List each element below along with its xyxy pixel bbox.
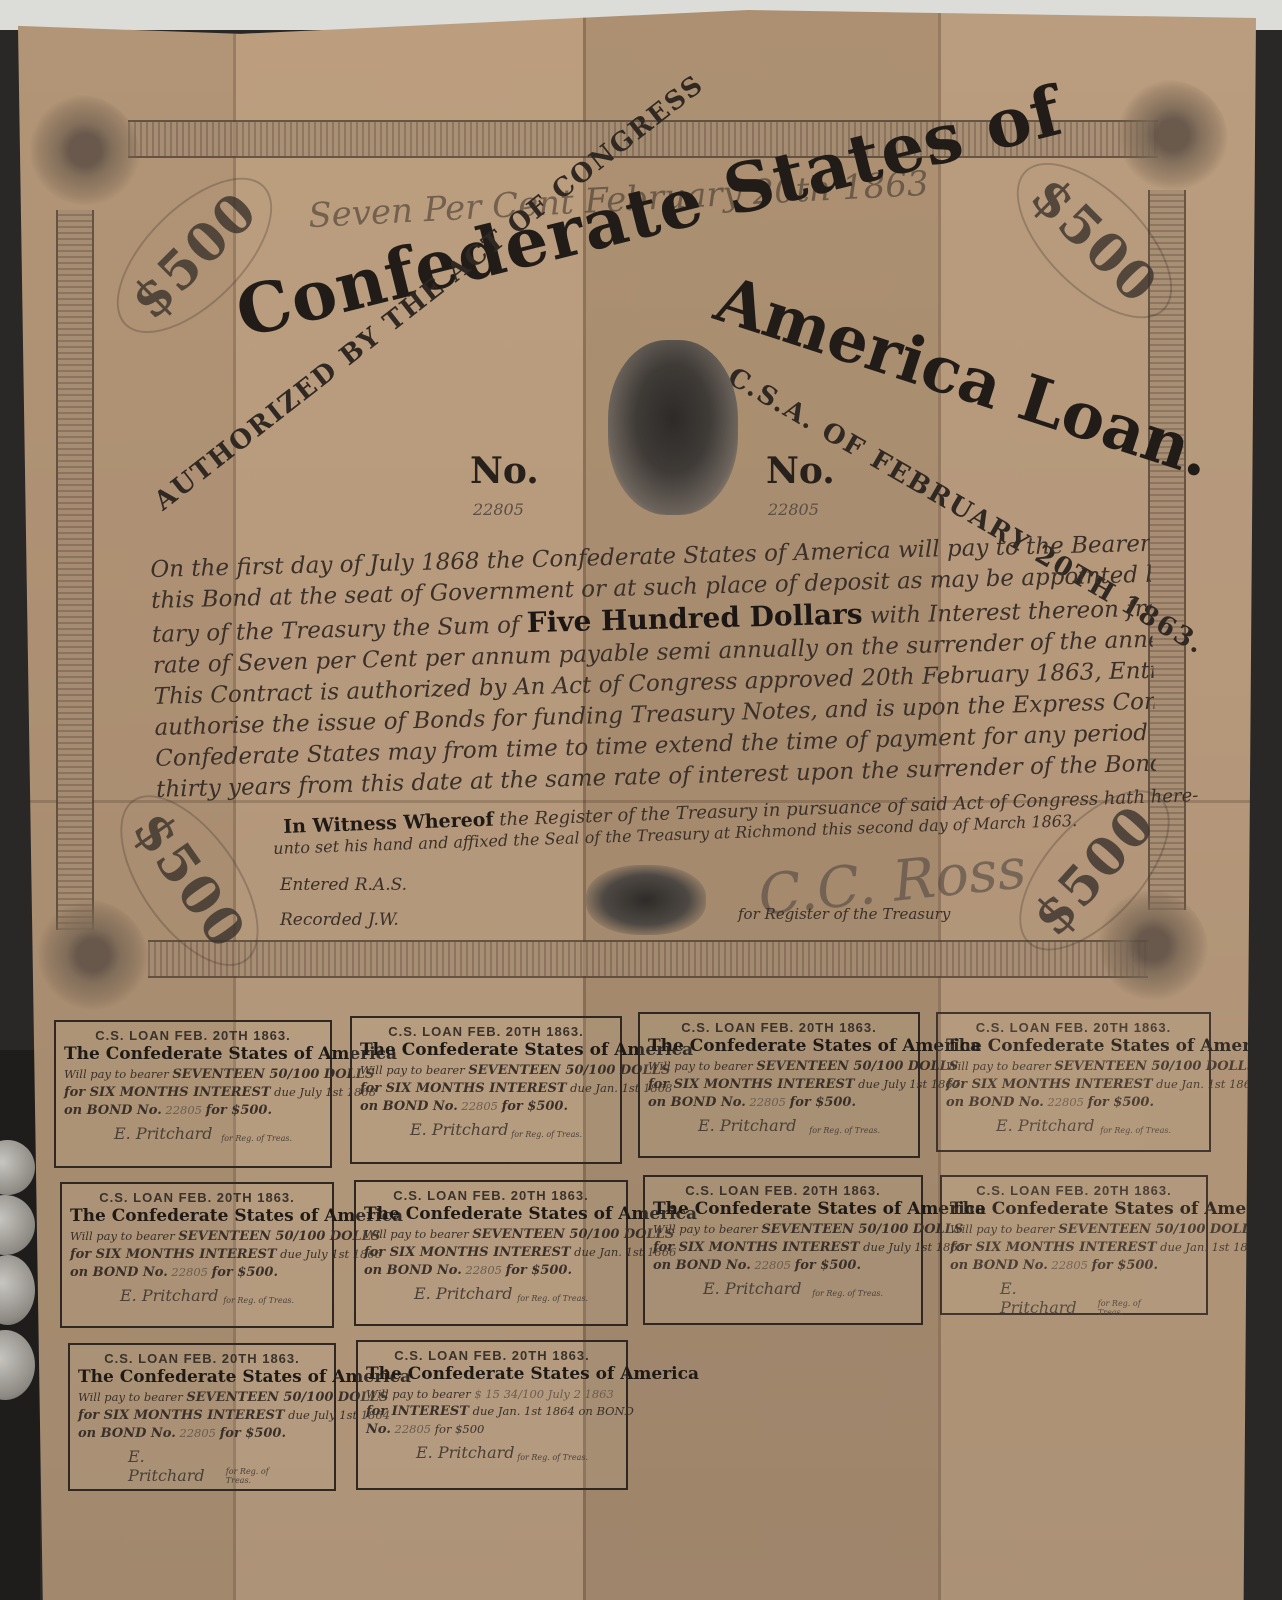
coupon-pay-line: Will pay to bearer $ 15 34/100 July 2 18… bbox=[366, 1387, 618, 1401]
coupon-bond-label: on BOND No. bbox=[64, 1103, 162, 1118]
coupon-signature: E. Pritchardfor Reg. of Treas. bbox=[360, 1120, 612, 1139]
portrait-vignette bbox=[608, 340, 738, 515]
coupon-bond-no: 22805 bbox=[1047, 1095, 1084, 1109]
coupon-amount: SEVENTEEN 50/100 DOLLS bbox=[172, 1067, 374, 1082]
number-value: 22805 bbox=[768, 500, 819, 519]
coupon-interest-line: for INTEREST due Jan. 1st 1864 on BOND bbox=[366, 1404, 618, 1419]
coupon-signer: E. Pritchard bbox=[414, 1284, 513, 1303]
coupon: C.S. LOAN FEB. 20TH 1863. The Confederat… bbox=[936, 1012, 1211, 1152]
coupon-bond-label: on BOND No. bbox=[70, 1265, 168, 1280]
coupon-interest: for SIX MONTHS INTEREST bbox=[360, 1081, 567, 1096]
coupon-signer: E. Pritchard bbox=[410, 1120, 509, 1139]
coupon-signer: E. Pritchard bbox=[703, 1279, 802, 1298]
coupon-head: C.S. LOAN FEB. 20TH 1863. bbox=[653, 1183, 913, 1198]
coupon-head: C.S. LOAN FEB. 20TH 1863. bbox=[950, 1183, 1198, 1198]
coupon-amount: SEVENTEEN 50/100 DOLLS bbox=[1058, 1222, 1260, 1237]
coupon-title: The Confederate States of America bbox=[70, 1206, 324, 1226]
coupon-pay: Will pay to bearer bbox=[70, 1229, 175, 1243]
coupon-bond-label: on BOND No. bbox=[946, 1095, 1044, 1110]
coupon: C.S. LOAN FEB. 20TH 1863. The Confederat… bbox=[643, 1175, 923, 1325]
coupon-title: The Confederate States of America bbox=[946, 1036, 1201, 1056]
coupon-bond-label: on BOND No. bbox=[360, 1099, 458, 1114]
coupon: C.S. LOAN FEB. 20TH 1863. The Confederat… bbox=[54, 1020, 332, 1168]
coupon-pay-line: Will pay to bearer SEVENTEEN 50/100 DOLL… bbox=[70, 1229, 324, 1244]
coupon-interest: for SIX MONTHS INTEREST bbox=[648, 1077, 855, 1092]
coupon-pay: Will pay to bearer bbox=[648, 1059, 753, 1073]
coupon-amount: SEVENTEEN 50/100 DOLLS bbox=[756, 1059, 958, 1074]
coupon-for: for $500. bbox=[790, 1095, 856, 1110]
coupon-interest: for INTEREST bbox=[366, 1404, 469, 1419]
coupon-due: due Jan. 1st 1864 on BOND bbox=[473, 1404, 634, 1418]
register-label: for Register of the Treasury bbox=[738, 905, 950, 923]
coupon: C.S. LOAN FEB. 20TH 1863. The Confederat… bbox=[350, 1016, 622, 1164]
coupon-signer-title: for Reg. of Treas. bbox=[517, 1294, 588, 1303]
coupon-interest-line: for SIX MONTHS INTEREST due Jan. 1st 186… bbox=[360, 1081, 612, 1096]
coupon-signature: E. Pritchardfor Reg. of Treas. bbox=[64, 1124, 322, 1143]
bond-body-text: On the first day of July 1868 the Confed… bbox=[150, 529, 1156, 806]
body-line-part: with Interest thereon from date at the bbox=[870, 592, 1153, 630]
coupon-signer-title: for Reg. of Treas. bbox=[226, 1467, 296, 1485]
coupon-title: The Confederate States of America bbox=[364, 1204, 618, 1224]
coupon-for: for $500. bbox=[506, 1263, 572, 1278]
coupon-bond-line: on BOND No. 22805 for $500. bbox=[360, 1099, 612, 1114]
coupon-pay-line: Will pay to bearer SEVENTEEN 50/100 DOLL… bbox=[648, 1059, 910, 1074]
coupon-signer-title: for Reg. of Treas. bbox=[812, 1289, 883, 1298]
coupon-bond-no: 22805 bbox=[754, 1258, 791, 1272]
coupon-pay: Will pay to bearer bbox=[653, 1222, 758, 1236]
coupon-signer-title: for Reg. of Treas. bbox=[517, 1453, 588, 1462]
coupon-bond-no: 22805 bbox=[461, 1099, 498, 1113]
coupon-bond-line: on BOND No. 22805 for $500. bbox=[364, 1263, 618, 1278]
coupon-interest-line: for SIX MONTHS INTEREST due July 1st 186… bbox=[653, 1240, 913, 1255]
coupon-pay-line: Will pay to bearer SEVENTEEN 50/100 DOLL… bbox=[950, 1222, 1198, 1237]
coupon-pay-line: Will pay to bearer SEVENTEEN 50/100 DOLL… bbox=[653, 1222, 913, 1237]
coupon-amount: SEVENTEEN 50/100 DOLLS bbox=[761, 1222, 963, 1237]
coupon-bond-no: 22805 bbox=[165, 1103, 202, 1117]
coupon-interest: for SIX MONTHS INTEREST bbox=[64, 1085, 271, 1100]
coupon-bond-label: on BOND No. bbox=[648, 1095, 746, 1110]
coupon-signer-title: for Reg. of Treas. bbox=[809, 1126, 880, 1135]
coupon-interest: for SIX MONTHS INTEREST bbox=[653, 1240, 860, 1255]
border-left bbox=[56, 210, 94, 930]
coupon-bond-label: on BOND No. bbox=[364, 1263, 462, 1278]
bond-document: $500 $500 $500 $500 Seven Per Cent Febru… bbox=[18, 10, 1256, 1600]
coupon-title: The Confederate States of America bbox=[950, 1199, 1198, 1219]
coupon-signer-title: for Reg. of Treas. bbox=[1100, 1126, 1171, 1135]
coupon-interest-line: for SIX MONTHS INTEREST due July 1st 186… bbox=[78, 1408, 326, 1423]
coupon-pay-line: Will pay to bearer SEVENTEEN 50/100 DOLL… bbox=[64, 1067, 322, 1082]
border-bottom bbox=[148, 940, 1148, 978]
coupon-interest: for SIX MONTHS INTEREST bbox=[70, 1247, 277, 1262]
coupon-interest-line: for SIX MONTHS INTEREST due July 1st 186… bbox=[648, 1077, 910, 1092]
coupon-due: due Jan. 1st 1865 bbox=[1160, 1240, 1262, 1254]
coupon-signer: E. Pritchard bbox=[128, 1447, 226, 1485]
coupon-pay: Will pay to bearer bbox=[366, 1387, 471, 1401]
coupon-pay: Will pay to bearer bbox=[950, 1222, 1055, 1236]
coupon-interest: for SIX MONTHS INTEREST bbox=[950, 1240, 1157, 1255]
coupon-interest-line: for SIX MONTHS INTEREST due July 1st 186… bbox=[70, 1247, 324, 1262]
coupon-for: for $500. bbox=[220, 1426, 286, 1441]
coupon-interest: for SIX MONTHS INTEREST bbox=[364, 1245, 571, 1260]
coupon-signer-title: for Reg. of Treas. bbox=[511, 1130, 582, 1139]
coupon-signer: E. Pritchard bbox=[114, 1124, 213, 1143]
coupon-bond-line: on BOND No. 22805 for $500. bbox=[950, 1258, 1198, 1273]
coupon-signature: E. Pritchardfor Reg. of Treas. bbox=[70, 1286, 324, 1305]
coupon-signer: E. Pritchard bbox=[996, 1116, 1095, 1135]
coupon-signer-title: for Reg. of Treas. bbox=[221, 1134, 292, 1143]
coupon-signer: E. Pritchard bbox=[120, 1286, 219, 1305]
coupon-bond-line: on BOND No. 22805 for $500. bbox=[648, 1095, 910, 1110]
number-value: 22805 bbox=[473, 500, 524, 519]
coupon-interest-line: for SIX MONTHS INTEREST due Jan. 1st 186… bbox=[950, 1240, 1198, 1255]
coupon-bond-no: 22805 bbox=[179, 1426, 216, 1440]
building-vignette bbox=[586, 865, 706, 935]
coupon-bond-line: on BOND No. 22805 for $500. bbox=[946, 1095, 1201, 1110]
entered-note: Entered R.A.S. bbox=[280, 875, 407, 895]
coupon-head: C.S. LOAN FEB. 20TH 1863. bbox=[366, 1348, 618, 1363]
coupon-pay: Will pay to bearer bbox=[360, 1063, 465, 1077]
coupon-for: for $500. bbox=[1092, 1258, 1158, 1273]
coupon-signer: E. Pritchard bbox=[698, 1116, 797, 1135]
coupon-bond-label: on BOND No. bbox=[950, 1258, 1048, 1273]
coupon-interest-line: for SIX MONTHS INTEREST due Jan. 1st 186… bbox=[364, 1245, 618, 1260]
coupon-signature: E. Pritchardfor Reg. of Treas. bbox=[78, 1447, 326, 1485]
coupon-pay-line: Will pay to bearer SEVENTEEN 50/100 DOLL… bbox=[78, 1390, 326, 1405]
coupon-title: The Confederate States of America bbox=[366, 1364, 618, 1384]
background-table bbox=[0, 1050, 40, 1600]
coupon-signature: E. Pritchardfor Reg. of Treas. bbox=[946, 1116, 1201, 1135]
coupon-signature: E. Pritchardfor Reg. of Treas. bbox=[648, 1116, 910, 1135]
coupon: C.S. LOAN FEB. 20TH 1863. The Confederat… bbox=[68, 1343, 336, 1491]
number-label: No. bbox=[470, 450, 539, 492]
coupon-head: C.S. LOAN FEB. 20TH 1863. bbox=[648, 1020, 910, 1035]
coupon-bond-line: on BOND No. 22805 for $500. bbox=[64, 1103, 322, 1118]
coupon-interest-line: for SIX MONTHS INTEREST due July 1st 186… bbox=[64, 1085, 322, 1100]
coupon-title: The Confederate States of America bbox=[64, 1044, 322, 1064]
coupon-signature: E. Pritchardfor Reg. of Treas. bbox=[364, 1284, 618, 1303]
coupon-bond-no: 22805 bbox=[171, 1265, 208, 1279]
coupon-for: for $500. bbox=[212, 1265, 278, 1280]
coupon-interest-line: for SIX MONTHS INTEREST due Jan. 1st 186… bbox=[946, 1077, 1201, 1092]
coupon-head: C.S. LOAN FEB. 20TH 1863. bbox=[360, 1024, 612, 1039]
coupon-bond-label: on BOND No. bbox=[653, 1258, 751, 1273]
coupon-for: for $500. bbox=[502, 1099, 568, 1114]
coupon-signer-title: for Reg. of Treas. bbox=[1098, 1299, 1168, 1317]
coupon-pay: Will pay to bearer bbox=[78, 1390, 183, 1404]
coupon-title: The Confederate States of America bbox=[648, 1036, 910, 1056]
coupon-pay: Will pay to bearer bbox=[364, 1227, 469, 1241]
coupon: C.S. LOAN FEB. 20TH 1863. The Confederat… bbox=[60, 1182, 334, 1328]
coupon-amount: $ 15 34/100 July 2 1863 bbox=[474, 1387, 613, 1401]
coupon-amount: SEVENTEEN 50/100 DOLLS bbox=[178, 1229, 380, 1244]
coupon-bond-label: No. bbox=[366, 1422, 391, 1437]
recorded-note: Recorded J.W. bbox=[280, 910, 399, 930]
coupon-bond-no: 22805 bbox=[749, 1095, 786, 1109]
coupon-signature: E. Pritchardfor Reg. of Treas. bbox=[950, 1279, 1198, 1317]
coupon-bond-label: on BOND No. bbox=[78, 1426, 176, 1441]
coupon-signer: E. Pritchard bbox=[416, 1443, 515, 1462]
coupon-pay-line: Will pay to bearer SEVENTEEN 50/100 DOLL… bbox=[364, 1227, 618, 1242]
coupon-head: C.S. LOAN FEB. 20TH 1863. bbox=[946, 1020, 1201, 1035]
coupon-signature: E. Pritchardfor Reg. of Treas. bbox=[366, 1443, 618, 1462]
coupon-bond-line: on BOND No. 22805 for $500. bbox=[653, 1258, 913, 1273]
number-label: No. bbox=[766, 450, 835, 492]
coupon-head: C.S. LOAN FEB. 20TH 1863. bbox=[78, 1351, 326, 1366]
coupon: C.S. LOAN FEB. 20TH 1863. The Confederat… bbox=[940, 1175, 1208, 1315]
coupon: C.S. LOAN FEB. 20TH 1863. The Confederat… bbox=[356, 1340, 628, 1490]
coupon-for: for $500 bbox=[435, 1422, 485, 1436]
coupon-pay: Will pay to bearer bbox=[946, 1059, 1051, 1073]
coupon-bond-no: 22805 bbox=[395, 1422, 432, 1436]
coupon-bond-line: on BOND No. 22805 for $500. bbox=[78, 1426, 326, 1441]
coupon-interest: for SIX MONTHS INTEREST bbox=[78, 1408, 285, 1423]
coupon-amount: SEVENTEEN 50/100 DOLLS bbox=[1054, 1059, 1256, 1074]
coupon-signer: E. Pritchard bbox=[1000, 1279, 1098, 1317]
coupon-bond-no: 22805 bbox=[1051, 1258, 1088, 1272]
coupon-due: due Jan. 1st 1867 bbox=[1156, 1077, 1258, 1091]
coupon-pay-line: Will pay to bearer SEVENTEEN 50/100 DOLL… bbox=[360, 1063, 612, 1078]
coupon-pay-line: Will pay to bearer SEVENTEEN 50/100 DOLL… bbox=[946, 1059, 1201, 1074]
coupon-bond-no: 22805 bbox=[465, 1263, 502, 1277]
coupon: C.S. LOAN FEB. 20TH 1863. The Confederat… bbox=[354, 1180, 628, 1326]
coupon-for: for $500. bbox=[206, 1103, 272, 1118]
coupon-head: C.S. LOAN FEB. 20TH 1863. bbox=[70, 1190, 324, 1205]
coupon-head: C.S. LOAN FEB. 20TH 1863. bbox=[64, 1028, 322, 1043]
coupon-head: C.S. LOAN FEB. 20TH 1863. bbox=[364, 1188, 618, 1203]
coupon-pay: Will pay to bearer bbox=[64, 1067, 169, 1081]
coupon-signature: E. Pritchardfor Reg. of Treas. bbox=[653, 1279, 913, 1298]
coupon-title: The Confederate States of America bbox=[360, 1040, 612, 1060]
coupon-title: The Confederate States of America bbox=[653, 1199, 913, 1219]
coupon-signer-title: for Reg. of Treas. bbox=[223, 1296, 294, 1305]
coupon-for: for $500. bbox=[795, 1258, 861, 1273]
coupon: C.S. LOAN FEB. 20TH 1863. The Confederat… bbox=[638, 1012, 920, 1158]
coupon-interest: for SIX MONTHS INTEREST bbox=[946, 1077, 1153, 1092]
coupon-for: for $500. bbox=[1088, 1095, 1154, 1110]
coupon-bond-line: on BOND No. 22805 for $500. bbox=[70, 1265, 324, 1280]
coupon-bond-line: No. 22805 for $500 bbox=[366, 1422, 618, 1437]
coupon-title: The Confederate States of America bbox=[78, 1367, 326, 1387]
